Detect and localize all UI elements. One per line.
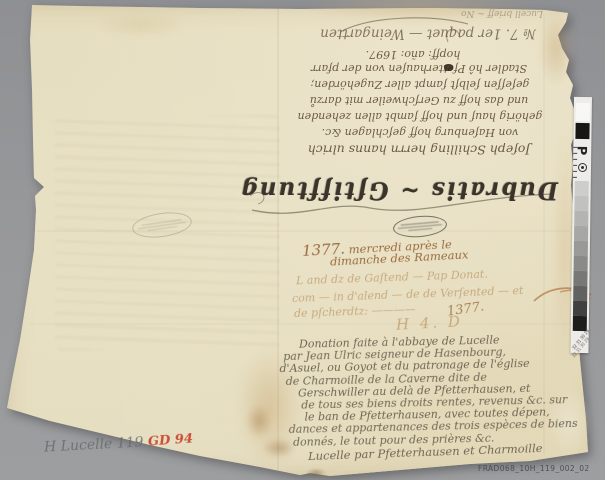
- ruler-tick: [573, 177, 577, 178]
- gray-step: [574, 256, 588, 271]
- gray-step: [573, 271, 587, 286]
- digitization-reference-label: FRAD068_10H_119_002_02: [478, 464, 590, 473]
- gray-step: [574, 241, 588, 256]
- white-reference-patch: [576, 103, 590, 121]
- gray-step: [573, 286, 587, 301]
- ruler-tick: [573, 171, 577, 172]
- gray-step: [575, 181, 589, 196]
- gray-step: [574, 196, 588, 211]
- ruler-tick: [573, 165, 577, 166]
- ruler-tick: [573, 147, 577, 148]
- gray-step: [574, 211, 588, 226]
- gray-step: [574, 226, 588, 241]
- strip-logo-dot: [578, 163, 587, 172]
- calibration-strip: P 32 31 30 29 32 31 30 29: [570, 97, 592, 353]
- ruler-tick: [573, 153, 577, 154]
- gray-step: [573, 301, 587, 316]
- black-reference-patch: [575, 123, 589, 139]
- ruler-tick: [573, 159, 577, 160]
- french-summary-paragraph: Donation faite à l'abbaye de Lucelle par…: [277, 333, 579, 449]
- archive-scan-photo: Lucell brieff ~ No № 7. 1er paquet — Wei…: [0, 0, 605, 480]
